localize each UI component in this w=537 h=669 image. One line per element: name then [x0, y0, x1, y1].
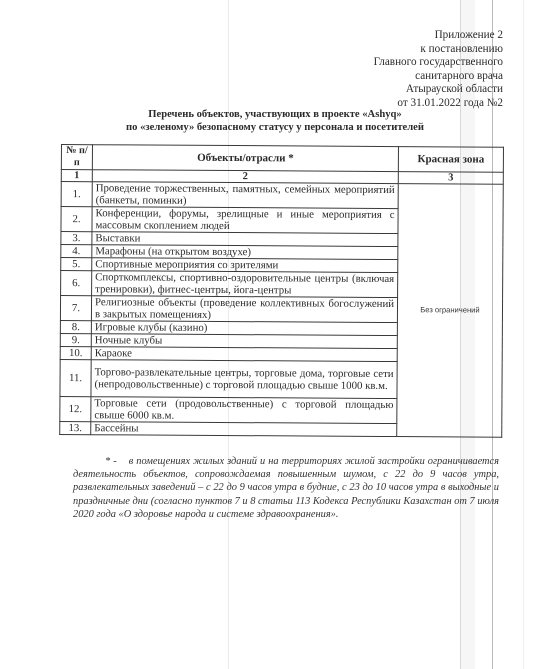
table-row: 1.Проведение торжественных, памятных, се… [61, 182, 503, 210]
objects-table: № п/п Объекты/отрасли * Красная зона 1 2… [59, 144, 504, 438]
appendix-line: к постановлению [374, 43, 503, 57]
footnote-body: * - в помещениях жилых зданий и на терри… [73, 455, 499, 521]
footnote-marker: * - [105, 456, 117, 467]
row-object: Торгово-развлекательные центры, торговые… [91, 360, 397, 399]
row-number: 12. [60, 396, 91, 421]
table-header-row: № п/п Объекты/отрасли * Красная зона [61, 145, 503, 173]
column-index: 1 [61, 170, 92, 182]
row-object: Ночные клубы [91, 334, 397, 349]
row-object: Торговые сети (продовольственные) с торг… [91, 397, 397, 424]
scan-artifact [523, 0, 524, 669]
header-zone: Красная зона [398, 147, 503, 173]
row-number: 9. [60, 333, 91, 346]
row-number: 5. [61, 258, 92, 271]
row-object: Игровые клубы (казино) [91, 321, 397, 336]
footnote: * - в помещениях жилых зданий и на терри… [73, 455, 499, 521]
column-index: 3 [398, 172, 503, 185]
row-number: 6. [61, 271, 92, 296]
row-object: Спорткомплексы, спортивно-оздоровительны… [92, 271, 398, 298]
document-title: Перечень объектов, участвующих в проекте… [60, 109, 490, 134]
appendix-line: Атырауской области [374, 83, 503, 97]
row-object: Конференции, форумы, зрелищные и иные ме… [92, 207, 398, 234]
zone-restriction: Без ограничений [397, 184, 504, 438]
row-number: 13. [60, 421, 91, 434]
row-object: Выставки [92, 232, 398, 247]
row-number: 1. [61, 182, 92, 207]
row-object: Бассейны [91, 422, 397, 437]
row-number: 2. [61, 207, 92, 232]
row-object: Религиозные объекты (проведение коллекти… [91, 296, 397, 323]
row-number: 7. [60, 296, 91, 321]
row-object: Проведение торжественных, памятных, семе… [92, 182, 398, 209]
row-number: 10. [60, 346, 91, 359]
appendix-line: Приложение 2 [374, 29, 503, 43]
appendix-header: Приложение 2 к постановлению Главного го… [374, 29, 503, 111]
row-number: 3. [61, 232, 92, 245]
header-objects: Объекты/отрасли * [92, 145, 398, 172]
row-object: Марафоны (на открытом воздухе) [92, 245, 398, 260]
appendix-line: санитарного врача [374, 70, 503, 84]
header-num: № п/п [61, 145, 92, 170]
row-object: Спортивные мероприятия со зрителями [92, 258, 398, 273]
footnote-text: в помещениях жилых зданий и на территори… [73, 456, 499, 520]
title-line-2: по «зеленому» безопасному статусу у перс… [60, 122, 490, 135]
title-line-1: Перечень объектов, участвующих в проекте… [60, 109, 490, 122]
row-number: 11. [60, 359, 91, 396]
row-number: 4. [61, 245, 92, 258]
row-number: 8. [60, 320, 91, 333]
appendix-line: Главного государственного [374, 56, 503, 70]
